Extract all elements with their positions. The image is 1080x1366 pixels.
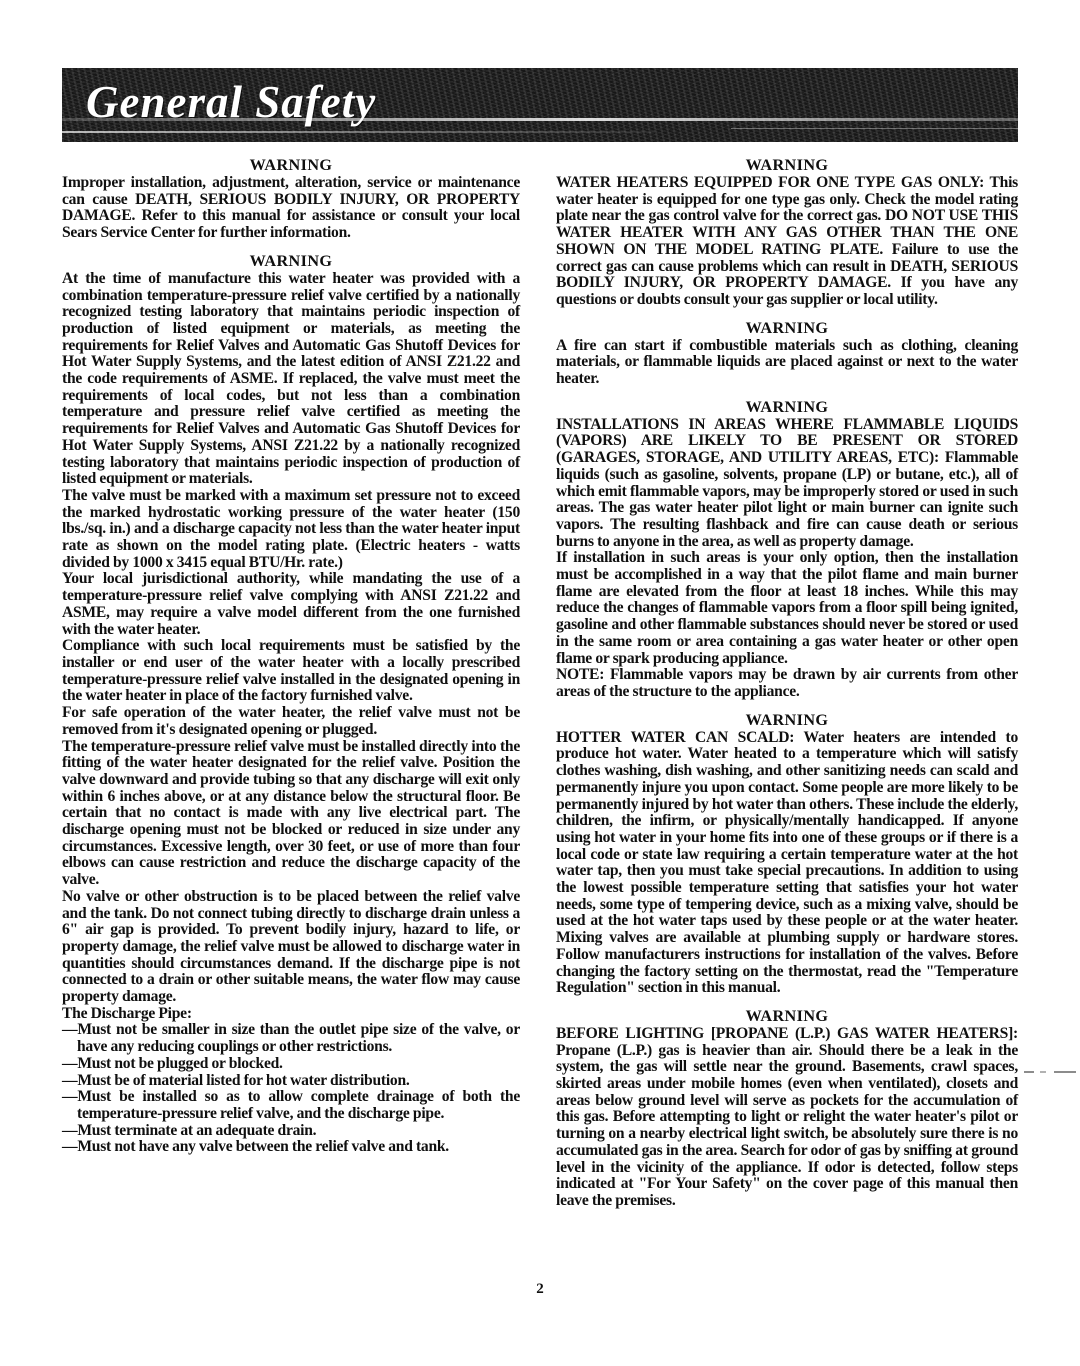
warning-paragraph: Compliance with such local requirements … [62, 638, 520, 705]
warning-heading: WARNING [556, 156, 1018, 175]
page-number: 2 [62, 1281, 1018, 1298]
warning-paragraph: HOTTER WATER CAN SCALD: Water heaters ar… [556, 730, 1018, 997]
warning-paragraph: BEFORE LIGHTING [PROPANE (L.P.) GAS WATE… [556, 1026, 1018, 1210]
discharge-pipe-list-title: The Discharge Pipe: [62, 1006, 520, 1023]
warning-paragraph: The valve must be marked with a maximum … [62, 488, 520, 572]
warning-paragraph: For safe operation of the water heater, … [62, 705, 520, 738]
warning-paragraph: NOTE: Flammable vapors may be drawn by a… [556, 667, 1018, 700]
warning-heading: WARNING [556, 711, 1018, 730]
warning-heading: WARNING [556, 398, 1018, 417]
discharge-pipe-list-item: —Must be installed so as to allow comple… [62, 1089, 520, 1122]
warning-heading: WARNING [62, 252, 520, 271]
manual-page: General Safety WARNING Improper installa… [0, 0, 1080, 1366]
warning-section: WARNING At the time of manufacture this … [62, 252, 520, 1156]
warning-paragraph: At the time of manufacture this water he… [62, 271, 520, 488]
warning-paragraph: If installation in such areas is your on… [556, 550, 1018, 667]
warning-heading: WARNING [62, 156, 520, 175]
warning-paragraph: INSTALLATIONS IN AREAS WHERE FLAMMABLE L… [556, 417, 1018, 551]
warning-paragraph: A fire can start if combustible material… [556, 338, 1018, 388]
column-right: WARNING WATER HEATERS EQUIPPED FOR ONE T… [556, 156, 1018, 1210]
warning-paragraph: The temperature-pressure relief valve mu… [62, 739, 520, 889]
scan-streak [62, 118, 1018, 121]
warning-heading: WARNING [556, 1007, 1018, 1026]
header-banner: General Safety [62, 68, 1018, 142]
warning-section: WARNING BEFORE LIGHTING [PROPANE (L.P.) … [556, 1007, 1018, 1210]
discharge-pipe-list-item: —Must not have any valve between the rel… [62, 1139, 520, 1156]
discharge-pipe-list-item: —Must be of material listed for hot wate… [62, 1073, 520, 1090]
scan-streak [731, 128, 1018, 129]
scan-streak [62, 131, 655, 133]
body-columns: WARNING Improper installation, adjustmen… [62, 156, 1018, 1210]
warning-section: WARNING HOTTER WATER CAN SCALD: Water he… [556, 711, 1018, 997]
column-left: WARNING Improper installation, adjustmen… [62, 156, 520, 1210]
warning-section: WARNING A fire can start if combustible … [556, 319, 1018, 388]
discharge-pipe-list-item: —Must not be plugged or blocked. [62, 1056, 520, 1073]
discharge-pipe-list-item: —Must terminate at an adequate drain. [62, 1123, 520, 1140]
warning-paragraph: Improper installation, adjustment, alter… [62, 175, 520, 242]
warning-paragraph: No valve or other obstruction is to be p… [62, 889, 520, 1006]
warning-section: WARNING WATER HEATERS EQUIPPED FOR ONE T… [556, 156, 1018, 309]
warning-section: WARNING INSTALLATIONS IN AREAS WHERE FLA… [556, 398, 1018, 701]
warning-paragraph: Your local jurisdictional authority, whi… [62, 571, 520, 638]
scan-artifact-dashes [1024, 1071, 1076, 1075]
discharge-pipe-list-item: —Must not be smaller in size than the ou… [62, 1022, 520, 1055]
warning-heading: WARNING [556, 319, 1018, 338]
warning-paragraph: WATER HEATERS EQUIPPED FOR ONE TYPE GAS … [556, 175, 1018, 309]
warning-section: WARNING Improper installation, adjustmen… [62, 156, 520, 242]
